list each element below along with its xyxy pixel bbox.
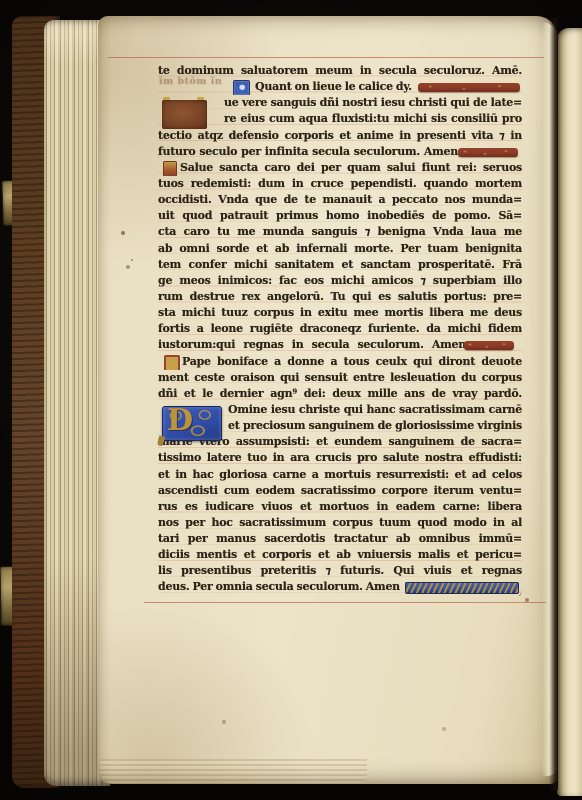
red-line-filler-bar	[464, 341, 514, 350]
line-text: ab omni sorde et ab infernali morte. Per…	[158, 241, 522, 257]
manuscript-page: ĩm btõm ĩn te dominum saluatorem meum in…	[98, 16, 558, 784]
paragraph-mark-icon	[164, 355, 180, 370]
line-text: ge meos inimicos: fac eos michi amicos ⁊…	[158, 273, 522, 289]
line-text: cta caro tu me munda sanguis ⁊ benigna V…	[158, 224, 522, 240]
text-line: tectio atqz defensio corporis et anime i…	[158, 128, 522, 144]
text-line: Salue sancta caro dei per quam salui fiu…	[158, 160, 522, 176]
text-line: tem confer michi sanitatem et sanctam pr…	[158, 257, 522, 273]
line-text: Salue sancta caro dei per quam salui fiu…	[158, 160, 522, 176]
line-text: Pape boniface a donne a tous ceulx qui d…	[158, 354, 522, 370]
facing-page-edge	[557, 28, 582, 796]
red-line-filler-bar	[458, 148, 518, 157]
line-text: ue vere sanguis dñi nostri iesu christi …	[158, 95, 522, 111]
text-line: ue vere sanguis dñi nostri iesu christi …	[158, 95, 522, 111]
line-text: ment ceste oraison qui sensuit entre les…	[158, 370, 522, 386]
line-text: et in hac gloriosa carne a mortuis resur…	[158, 467, 522, 483]
line-text: sta michi tuuz corpus in exitu mee morti…	[158, 305, 522, 321]
paragraph-mark-icon	[163, 161, 177, 176]
text-line: rus es iudicare viuos et mortuos in eade…	[158, 499, 522, 515]
rubric-text: Quant on lieue le calice dy.	[255, 79, 412, 95]
text-line: diciis mentis et corporis et ab vniuersi…	[158, 547, 522, 563]
text-line: te dominum saluatorem meum in secula sec…	[158, 63, 522, 79]
text-line: et in hac gloriosa carne a mortuis resur…	[158, 467, 522, 483]
text-line: fortis a leone rugiēte draconeqz furient…	[158, 321, 522, 337]
line-text: rus es iudicare viuos et mortuos in eade…	[158, 499, 522, 515]
text-line: occidisti. Vnda que de te manauit a pecc…	[158, 192, 522, 208]
text-line: nos per hoc sacratissimum corpus tuum qu…	[158, 515, 522, 531]
text-line: ab omni sorde et ab infernali morte. Per…	[158, 241, 522, 257]
text-line: tuos redemisti: dum in cruce pependisti.…	[158, 176, 522, 192]
red-ruling-line-top	[108, 57, 544, 58]
line-text: tectio atqz defensio corporis et anime i…	[158, 128, 522, 144]
text-line: sta michi tuuz corpus in exitu mee morti…	[158, 305, 522, 321]
text-line: Pape boniface a donne a tous ceulx qui d…	[158, 354, 522, 370]
text-line: iustorum:qui regnas in secula seculorum.…	[158, 337, 522, 353]
line-text: tari per manus sacerdotis tractatur ab o…	[158, 531, 522, 547]
line-text: uit quod patrauit primus homo inobediēs …	[158, 208, 522, 224]
line-text: deus. Per omnia secula seculorum. Amen	[158, 580, 400, 596]
line-text: lis presentibus preteritis ⁊ futuris. Qu…	[158, 563, 522, 579]
text-line: futuro seculo per infinita secula seculo…	[158, 144, 522, 160]
red-ruling-line-bottom	[144, 602, 546, 603]
line-text: re eius cum aqua fluxisti:tu michi sis c…	[158, 111, 522, 127]
line-text: ascendisti cum eodem sacratissimo corpor…	[158, 483, 522, 499]
text-block: ĩm btõm ĩn te dominum saluatorem meum in…	[158, 63, 522, 598]
text-line: ascendisti cum eodem sacratissimo corpor…	[158, 483, 522, 499]
blue-paragraph-mark-icon	[233, 80, 250, 96]
line-text: dñi et le dernier agn⁹ dei: deux mille a…	[158, 386, 522, 402]
open-book-photo: ĩm btõm ĩn te dominum saluatorem meum in…	[0, 0, 582, 800]
line-text: fortis a leone rugiēte draconeqz furient…	[158, 321, 522, 337]
rubric-line: Quant on lieue le calice dy.	[158, 79, 522, 95]
line-text: tuos redemisti: dum in cruce pependisti.…	[158, 176, 522, 192]
text-line: ment ceste oraison qui sensuit entre les…	[158, 370, 522, 386]
text-line: dñi et le dernier agn⁹ dei: deux mille a…	[158, 386, 522, 402]
text-line: tissimo latere tuo in ara crucis pro sal…	[158, 450, 522, 466]
gutter-shadow	[549, 18, 558, 790]
line-text: te dominum saluatorem meum in secula sec…	[158, 63, 522, 79]
line-text: tem confer michi sanitatem et sanctam pr…	[158, 257, 522, 273]
text-line: re eius cum aqua fluxisti:tu michi sis c…	[158, 111, 522, 127]
illuminated-initial-D: D	[162, 406, 222, 441]
text-line: uit quod patrauit primus homo inobediēs …	[158, 208, 522, 224]
line-text: diciis mentis et corporis et ab vniuersi…	[158, 547, 522, 563]
text-line: lis presentibus preteritis ⁊ futuris. Qu…	[158, 563, 522, 579]
line-text: rum destrue rex angelorū. Tu qui es salu…	[158, 289, 522, 305]
text-line: cta caro tu me munda sanguis ⁊ benigna V…	[158, 224, 522, 240]
damaged-initial-A	[162, 100, 207, 129]
red-line-filler-bar	[418, 83, 520, 92]
line-text: tissimo latere tuo in ara crucis pro sal…	[158, 450, 522, 466]
text-line: tari per manus sacerdotis tractatur ab o…	[158, 531, 522, 547]
text-line: deus. Per omnia secula seculorum. Amen	[158, 580, 522, 596]
text-line: ge meos inimicos: fac eos michi amicos ⁊…	[158, 273, 522, 289]
blue-gold-line-filler-bar	[405, 582, 519, 594]
line-text: nos per hoc sacratissimum corpus tuum qu…	[158, 515, 522, 531]
line-text: occidisti. Vnda que de te manauit a pecc…	[158, 192, 522, 208]
foxing-specks	[98, 16, 100, 18]
initial-letter: D	[167, 403, 225, 438]
text-line: rum destrue rex angelorū. Tu qui es salu…	[158, 289, 522, 305]
